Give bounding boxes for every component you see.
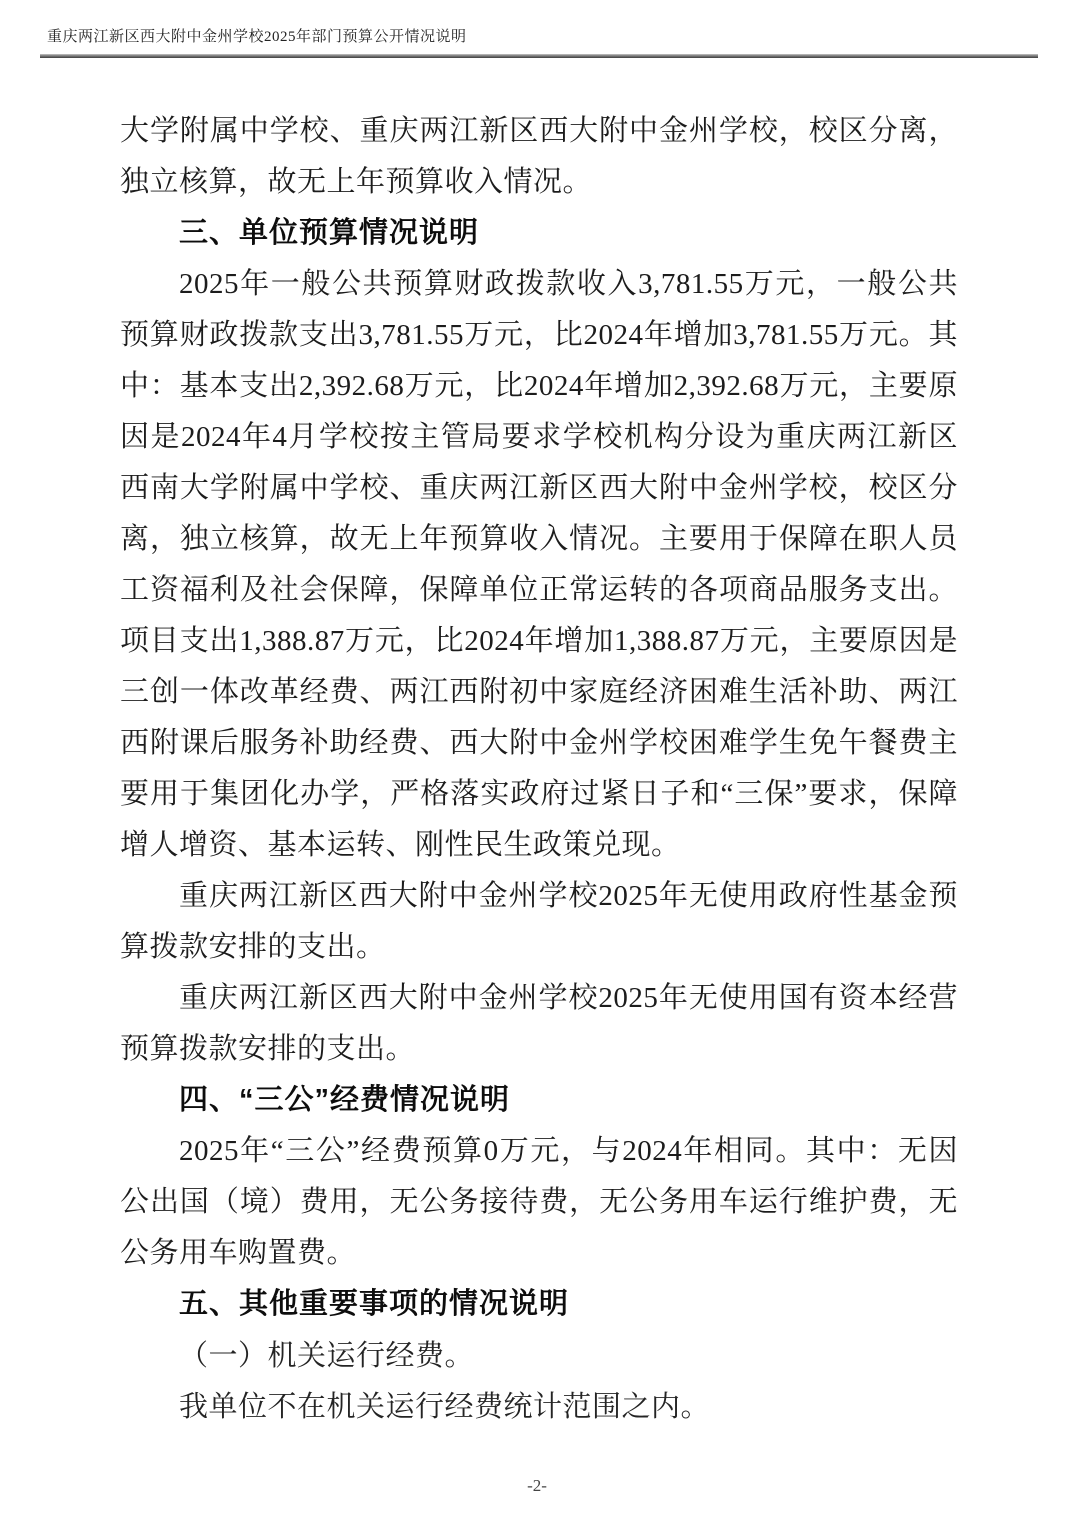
section5-heading: 五、其他重要事项的情况说明 bbox=[120, 1279, 958, 1330]
page-header: 重庆两江新区西大附中金州学校2025年部门预算公开情况说明 bbox=[40, 26, 1038, 58]
document-body: 大学附属中学校、重庆两江新区西大附中金州学校，校区分离，独立核算，故无上年预算收… bbox=[120, 106, 958, 1432]
page-footer: -2- bbox=[0, 1476, 1074, 1496]
document-page: 重庆两江新区西大附中金州学校2025年部门预算公开情况说明 大学附属中学校、重庆… bbox=[0, 0, 1074, 1520]
paragraph-section3-budget: 2025年一般公共预算财政拨款收入3,781.55万元，一般公共预算财政拨款支出… bbox=[120, 259, 958, 871]
section3-heading: 三、单位预算情况说明 bbox=[120, 208, 958, 259]
subsection1-title: （一）机关运行经费。 bbox=[120, 1330, 958, 1381]
paragraph-government-fund: 重庆两江新区西大附中金州学校2025年无使用政府性基金预算拨款安排的支出。 bbox=[120, 871, 958, 973]
section4-heading: 四、“三公”经费情况说明 bbox=[120, 1075, 958, 1126]
paragraph-three-public-expenses: 2025年“三公”经费预算0万元，与2024年相同。其中：无因公出国（境）费用，… bbox=[120, 1126, 958, 1279]
subsection1-body: 我单位不在机关运行经费统计范围之内。 bbox=[120, 1381, 958, 1432]
paragraph-state-capital: 重庆两江新区西大附中金州学校2025年无使用国有资本经营预算拨款安排的支出。 bbox=[120, 973, 958, 1075]
page-number: -2- bbox=[527, 1476, 547, 1495]
header-divider bbox=[40, 54, 1038, 58]
header-title: 重庆两江新区西大附中金州学校2025年部门预算公开情况说明 bbox=[40, 26, 1038, 48]
paragraph-continuation: 大学附属中学校、重庆两江新区西大附中金州学校，校区分离，独立核算，故无上年预算收… bbox=[120, 106, 958, 208]
